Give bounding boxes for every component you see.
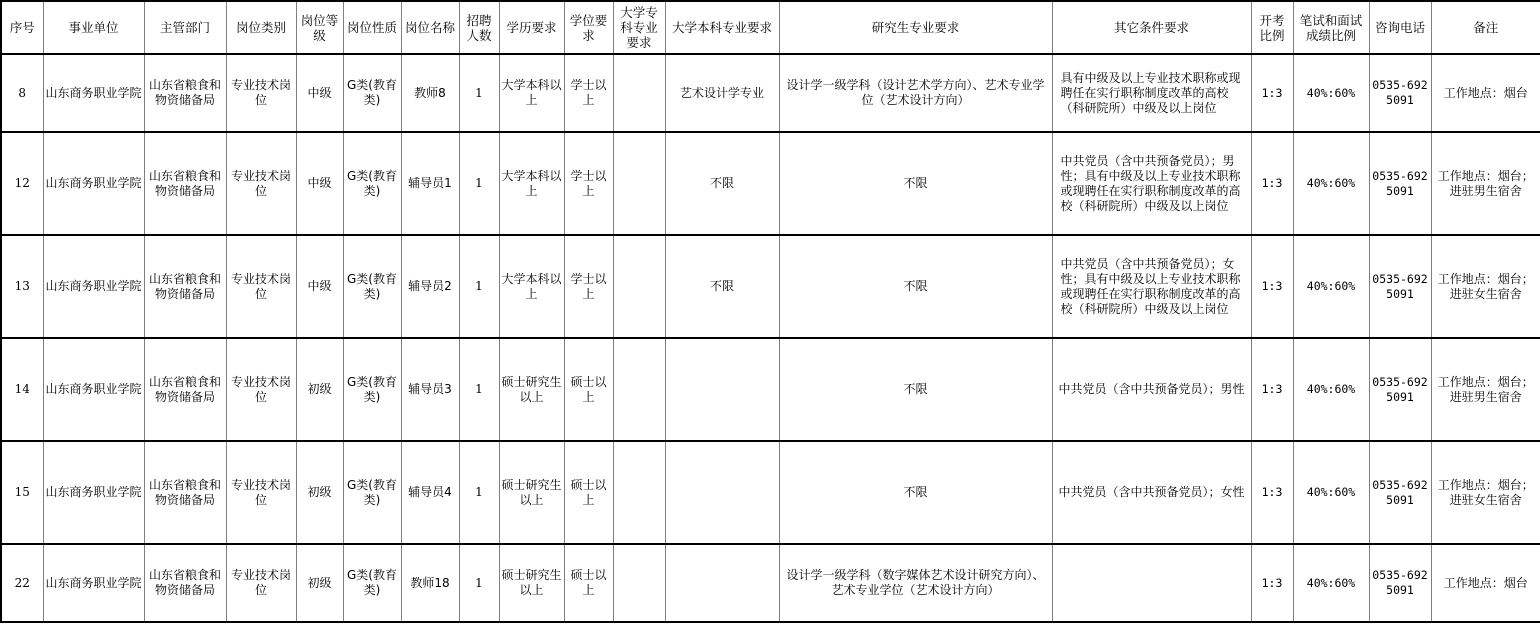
cell-unit: 山东商务职业学院 — [43, 441, 144, 544]
cell-department: 山东省粮食和物资储备局 — [144, 338, 226, 441]
cell-category: 专业技术岗位 — [226, 235, 296, 338]
cell-unit: 山东商务职业学院 — [43, 132, 144, 235]
cell-graduate-major: 设计学一级学科（数字媒体艺术设计研究方向）、艺术专业学位（艺术设计方向） — [779, 544, 1052, 622]
cell-category: 专业技术岗位 — [226, 132, 296, 235]
cell-nature: G类(教育类) — [343, 54, 401, 132]
cell-undergrad-major: 不限 — [665, 235, 779, 338]
cell-seq: 8 — [1, 54, 43, 132]
table-row: 15 山东商务职业学院 山东省粮食和物资储备局 专业技术岗位 初级 G类(教育类… — [1, 441, 1540, 544]
cell-junior-college-major — [613, 544, 665, 622]
cell-department: 山东省粮食和物资储备局 — [144, 132, 226, 235]
header-education: 学历要求 — [499, 1, 564, 54]
cell-position: 教师18 — [401, 544, 459, 622]
cell-score-ratio: 40%:60% — [1293, 441, 1369, 544]
cell-count: 1 — [459, 441, 499, 544]
cell-score-ratio: 40%:60% — [1293, 544, 1369, 622]
cell-seq: 12 — [1, 132, 43, 235]
cell-degree: 硕士以上 — [564, 544, 613, 622]
cell-department: 山东省粮食和物资储备局 — [144, 54, 226, 132]
cell-level: 中级 — [296, 132, 343, 235]
recruitment-table: 序号 事业单位 主管部门 岗位类别 岗位等级 岗位性质 岗位名称 招聘人数 学历… — [0, 0, 1540, 623]
cell-score-ratio: 40%:60% — [1293, 338, 1369, 441]
cell-seq: 22 — [1, 544, 43, 622]
cell-count: 1 — [459, 338, 499, 441]
cell-count: 1 — [459, 235, 499, 338]
cell-position: 辅导员4 — [401, 441, 459, 544]
cell-education: 硕士研究生以上 — [499, 441, 564, 544]
cell-remark: 工作地点：烟台；进驻男生宿舍 — [1431, 338, 1540, 441]
cell-degree: 学士以上 — [564, 235, 613, 338]
cell-undergrad-major — [665, 441, 779, 544]
cell-other-conditions — [1052, 544, 1251, 622]
cell-phone: 0535-6925091 — [1369, 338, 1431, 441]
cell-exam-ratio: 1:3 — [1251, 132, 1293, 235]
cell-phone: 0535-6925091 — [1369, 441, 1431, 544]
cell-junior-college-major — [613, 441, 665, 544]
cell-level: 初级 — [296, 544, 343, 622]
cell-unit: 山东商务职业学院 — [43, 54, 144, 132]
cell-department: 山东省粮食和物资储备局 — [144, 235, 226, 338]
cell-department: 山东省粮食和物资储备局 — [144, 544, 226, 622]
header-unit: 事业单位 — [43, 1, 144, 54]
cell-degree: 学士以上 — [564, 54, 613, 132]
cell-position: 辅导员2 — [401, 235, 459, 338]
cell-remark: 工作地点：烟台；进驻女生宿舍 — [1431, 441, 1540, 544]
cell-nature: G类(教育类) — [343, 544, 401, 622]
cell-category: 专业技术岗位 — [226, 441, 296, 544]
header-remark: 备注 — [1431, 1, 1540, 54]
cell-nature: G类(教育类) — [343, 441, 401, 544]
cell-junior-college-major — [613, 338, 665, 441]
cell-seq: 14 — [1, 338, 43, 441]
cell-graduate-major: 不限 — [779, 441, 1052, 544]
cell-level: 中级 — [296, 235, 343, 338]
header-degree: 学位要求 — [564, 1, 613, 54]
header-category: 岗位类别 — [226, 1, 296, 54]
cell-level: 初级 — [296, 338, 343, 441]
cell-seq: 13 — [1, 235, 43, 338]
cell-score-ratio: 40%:60% — [1293, 132, 1369, 235]
header-nature: 岗位性质 — [343, 1, 401, 54]
table-row: 14 山东商务职业学院 山东省粮食和物资储备局 专业技术岗位 初级 G类(教育类… — [1, 338, 1540, 441]
cell-education: 硕士研究生以上 — [499, 544, 564, 622]
cell-exam-ratio: 1:3 — [1251, 54, 1293, 132]
cell-education: 大学本科以上 — [499, 54, 564, 132]
cell-graduate-major: 不限 — [779, 132, 1052, 235]
cell-level: 初级 — [296, 441, 343, 544]
cell-education: 硕士研究生以上 — [499, 338, 564, 441]
cell-graduate-major: 不限 — [779, 235, 1052, 338]
cell-level: 中级 — [296, 54, 343, 132]
cell-position: 教师8 — [401, 54, 459, 132]
cell-count: 1 — [459, 544, 499, 622]
header-graduate-major: 研究生专业要求 — [779, 1, 1052, 54]
cell-remark: 工作地点：烟台 — [1431, 544, 1540, 622]
cell-degree: 硕士以上 — [564, 441, 613, 544]
cell-undergrad-major — [665, 544, 779, 622]
header-undergrad-major: 大学本科专业要求 — [665, 1, 779, 54]
header-exam-ratio: 开考比例 — [1251, 1, 1293, 54]
cell-other-conditions: 中共党员（含中共预备党员）；男性；具有中级及以上专业技术职称或现聘任在实行职称制… — [1052, 132, 1251, 235]
cell-nature: G类(教育类) — [343, 132, 401, 235]
cell-junior-college-major — [613, 54, 665, 132]
header-department: 主管部门 — [144, 1, 226, 54]
cell-junior-college-major — [613, 235, 665, 338]
cell-exam-ratio: 1:3 — [1251, 338, 1293, 441]
cell-undergrad-major: 艺术设计学专业 — [665, 54, 779, 132]
header-seq: 序号 — [1, 1, 43, 54]
cell-seq: 15 — [1, 441, 43, 544]
header-score-ratio: 笔试和面试成绩比例 — [1293, 1, 1369, 54]
cell-position: 辅导员1 — [401, 132, 459, 235]
cell-unit: 山东商务职业学院 — [43, 338, 144, 441]
cell-phone: 0535-6925091 — [1369, 54, 1431, 132]
header-row: 序号 事业单位 主管部门 岗位类别 岗位等级 岗位性质 岗位名称 招聘人数 学历… — [1, 1, 1540, 54]
header-junior-college-major: 大学专科专业要求 — [613, 1, 665, 54]
header-count: 招聘人数 — [459, 1, 499, 54]
cell-remark: 工作地点：烟台；进驻女生宿舍 — [1431, 235, 1540, 338]
cell-undergrad-major: 不限 — [665, 132, 779, 235]
header-position: 岗位名称 — [401, 1, 459, 54]
header-other-conditions: 其它条件要求 — [1052, 1, 1251, 54]
header-level: 岗位等级 — [296, 1, 343, 54]
cell-junior-college-major — [613, 132, 665, 235]
cell-nature: G类(教育类) — [343, 338, 401, 441]
cell-undergrad-major — [665, 338, 779, 441]
cell-position: 辅导员3 — [401, 338, 459, 441]
cell-exam-ratio: 1:3 — [1251, 235, 1293, 338]
cell-unit: 山东商务职业学院 — [43, 544, 144, 622]
cell-education: 大学本科以上 — [499, 235, 564, 338]
table-row: 12 山东商务职业学院 山东省粮食和物资储备局 专业技术岗位 中级 G类(教育类… — [1, 132, 1540, 235]
cell-degree: 学士以上 — [564, 132, 613, 235]
cell-other-conditions: 中共党员（含中共预备党员）；女性；具有中级及以上专业技术职称或现聘任在实行职称制… — [1052, 235, 1251, 338]
cell-score-ratio: 40%:60% — [1293, 235, 1369, 338]
cell-category: 专业技术岗位 — [226, 544, 296, 622]
cell-other-conditions: 中共党员（含中共预备党员）；男性 — [1052, 338, 1251, 441]
cell-graduate-major: 设计学一级学科（设计艺术学方向）、艺术专业学位（艺术设计方向） — [779, 54, 1052, 132]
cell-count: 1 — [459, 132, 499, 235]
cell-graduate-major: 不限 — [779, 338, 1052, 441]
cell-unit: 山东商务职业学院 — [43, 235, 144, 338]
cell-count: 1 — [459, 54, 499, 132]
cell-department: 山东省粮食和物资储备局 — [144, 441, 226, 544]
cell-category: 专业技术岗位 — [226, 54, 296, 132]
cell-phone: 0535-6925091 — [1369, 544, 1431, 622]
cell-other-conditions: 具有中级及以上专业技术职称或现聘任在实行职称制度改革的高校（科研院所）中级及以上… — [1052, 54, 1251, 132]
cell-phone: 0535-6925091 — [1369, 235, 1431, 338]
cell-other-conditions: 中共党员（含中共预备党员）；女性 — [1052, 441, 1251, 544]
cell-phone: 0535-6925091 — [1369, 132, 1431, 235]
cell-education: 大学本科以上 — [499, 132, 564, 235]
cell-nature: G类(教育类) — [343, 235, 401, 338]
cell-score-ratio: 40%:60% — [1293, 54, 1369, 132]
cell-exam-ratio: 1:3 — [1251, 544, 1293, 622]
cell-category: 专业技术岗位 — [226, 338, 296, 441]
table-row: 13 山东商务职业学院 山东省粮食和物资储备局 专业技术岗位 中级 G类(教育类… — [1, 235, 1540, 338]
header-phone: 咨询电话 — [1369, 1, 1431, 54]
cell-remark: 工作地点：烟台 — [1431, 54, 1540, 132]
cell-remark: 工作地点：烟台；进驻男生宿舍 — [1431, 132, 1540, 235]
cell-exam-ratio: 1:3 — [1251, 441, 1293, 544]
table-row: 22 山东商务职业学院 山东省粮食和物资储备局 专业技术岗位 初级 G类(教育类… — [1, 544, 1540, 622]
table-row: 8 山东商务职业学院 山东省粮食和物资储备局 专业技术岗位 中级 G类(教育类)… — [1, 54, 1540, 132]
cell-degree: 硕士以上 — [564, 338, 613, 441]
